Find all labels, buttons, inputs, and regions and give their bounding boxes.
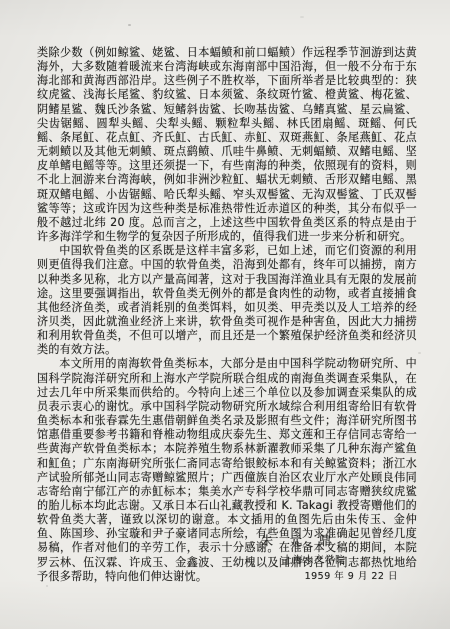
paragraph-species-distribution: 类除少数（例如鲸鲨、姥鲨、日本蝠鲼和前口蝠鲼）作远程季节洄游到达黄海外，大多数随… xyxy=(37,46,417,244)
scanned-document-page: 类除少数（例如鲸鲨、姥鲨、日本蝠鲼和前口蝠鲼）作远程季节洄游到达黄海外，大多数随… xyxy=(0,0,450,629)
signature-author-name: 朱 元 鼎 xyxy=(261,531,398,549)
signature-institution: 上海水产学院 xyxy=(283,552,398,566)
body-text: 类除少数（例如鲸鲨、姥鲨、日本蝠鲼和前口蝠鲼）作远程季节洄游到达黄海外，大多数随… xyxy=(37,46,417,584)
scan-speckle xyxy=(128,24,131,26)
signature-block: 朱 元 鼎 上海水产学院 1959 年 9 月 22 日 xyxy=(261,531,398,582)
paragraph-resource-utilization: 中国软骨鱼类的区系既是这样丰富多彩，已如上述，而它们资源的利用则更值得我们注意。… xyxy=(37,244,417,357)
scan-speckle xyxy=(46,585,48,587)
scan-speckle xyxy=(300,16,304,18)
scan-speckle xyxy=(418,352,421,354)
signature-date: 1959 年 9 月 22 日 xyxy=(305,568,398,582)
